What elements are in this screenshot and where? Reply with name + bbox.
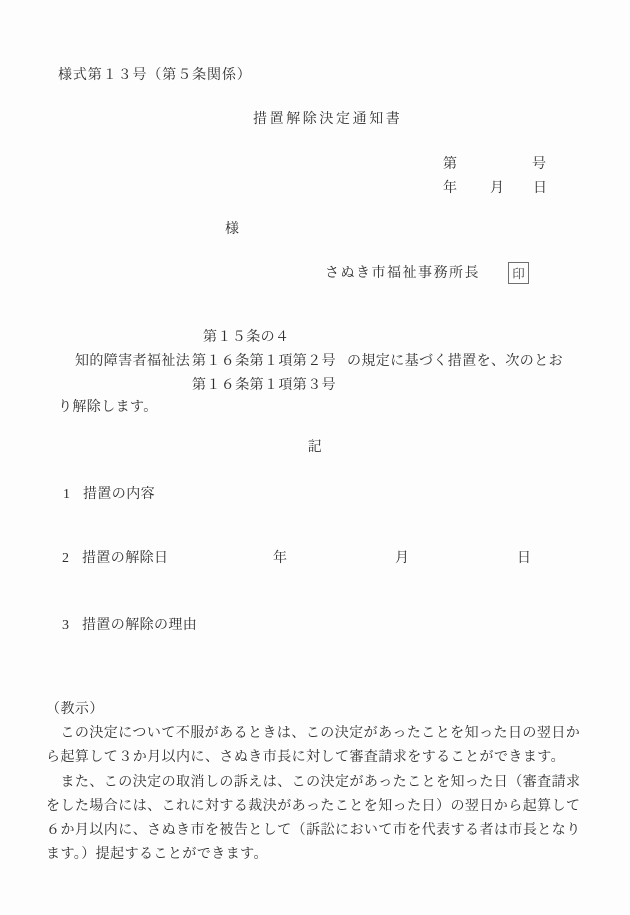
addressee-honorific: 様 bbox=[225, 222, 239, 237]
document-page: 様式第１３号（第５条関係） 措置解除決定通知書 第 号 年 月 日 様 さぬき市… bbox=[0, 0, 630, 915]
doc-number-prefix: 第 bbox=[443, 157, 457, 172]
item-2-number: 2 bbox=[62, 551, 69, 566]
item-1-number: 1 bbox=[63, 487, 70, 502]
citation-article-1: 第１５条の４ bbox=[203, 330, 289, 345]
item-2-month-label: 月 bbox=[395, 551, 409, 566]
doc-number-suffix: 号 bbox=[532, 157, 546, 172]
item-2-year-label: 年 bbox=[273, 551, 287, 566]
seal-label: 印 bbox=[512, 264, 525, 282]
appeal-instructions-heading: （教示） bbox=[46, 698, 606, 722]
form-number-label: 様式第１３号（第５条関係） bbox=[58, 68, 252, 83]
sender-title: さぬき市福祉事務所長 bbox=[325, 266, 480, 281]
document-title: 措置解除決定通知書 bbox=[253, 112, 402, 127]
citation-law-name: 知的障害者福祉法 bbox=[75, 354, 190, 369]
appeal-instructions-line: この決定について不服があるときは、この決定があったことを知った日の翌日か bbox=[46, 722, 606, 746]
item-3-label: 措置の解除の理由 bbox=[82, 618, 197, 633]
seal-placeholder-box: 印 bbox=[508, 262, 529, 284]
appeal-instructions-line: ます。）提起することができます。 bbox=[46, 843, 606, 867]
item-3-number: 3 bbox=[62, 618, 69, 633]
appeal-instructions-line: また、この決定の取消しの訴えは、この決定があったことを知った日（審査請求 bbox=[46, 771, 606, 795]
record-mark: 記 bbox=[0, 440, 630, 455]
item-1-label: 措置の内容 bbox=[83, 487, 155, 502]
date-year-label: 年 bbox=[443, 181, 457, 196]
appeal-instructions: （教示） この決定について不服があるときは、この決定があったことを知った日の翌日… bbox=[46, 698, 606, 867]
citation-clause-tail: の規定に基づく措置を、次のとお bbox=[347, 354, 563, 369]
item-2-label: 措置の解除日 bbox=[82, 551, 168, 566]
citation-article-3: 第１６条第１項第３号 bbox=[192, 378, 336, 393]
appeal-instructions-line: をした場合には、これに対する裁決があったことを知った日）の翌日から起算して bbox=[46, 795, 606, 819]
date-day-label: 日 bbox=[533, 181, 547, 196]
citation-clause-wrap: り解除します。 bbox=[58, 400, 158, 415]
appeal-instructions-line: ６か月以内に、さぬき市を被告として（訴訟において市を代表する者は市長となり bbox=[46, 819, 606, 843]
citation-article-2: 第１６条第１項第２号 bbox=[192, 354, 336, 369]
item-2-day-label: 日 bbox=[517, 551, 531, 566]
date-month-label: 月 bbox=[490, 181, 504, 196]
appeal-instructions-line: ら起算して３か月以内に、さぬき市長に対して審査請求をすることができます。 bbox=[46, 746, 606, 770]
